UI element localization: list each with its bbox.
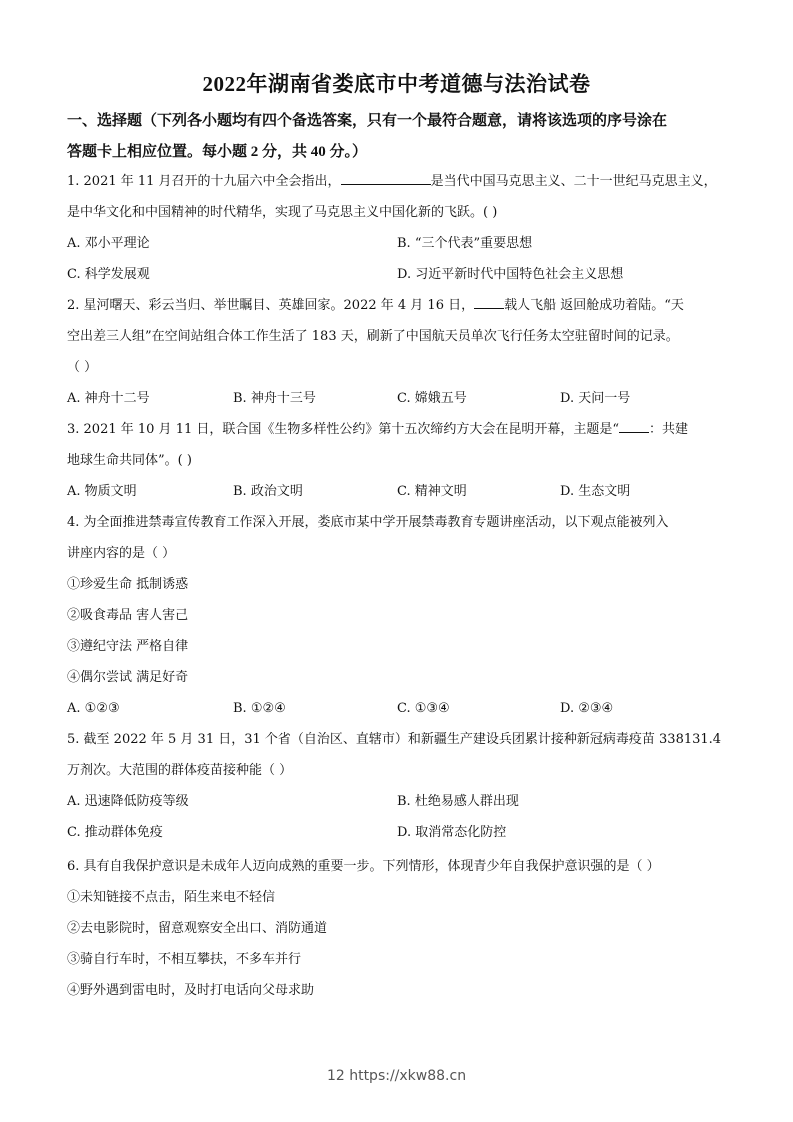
question-2-option-a: A. 神舟十二号 [67, 389, 150, 409]
question-2-option-d: D. 天问一号 [560, 389, 630, 409]
question-4-stem-line2: 讲座内容的是（ ） [67, 544, 737, 564]
question-3-stem-part-b: ：共建 [649, 422, 688, 437]
question-1-option-d: D. 习近平新时代中国特色社会主义思想 [397, 265, 623, 285]
question-1-option-b: B. “三个代表”重要思想 [397, 234, 532, 254]
question-2-stem-line2: 空出差三人组”在空间站组合体工作生活了 183 天，刷新了中国航天员单次飞行任务… [67, 327, 737, 347]
question-1-stem-line1: 1. 2021 年 11 月召开的十九届六中全会指出，是当代中国马克思主义、二十… [67, 172, 737, 192]
page-footer: 12 https://xkw88.cn [0, 1068, 793, 1084]
question-4-stem-line1: 4. 为全面推进禁毒宣传教育工作深入开展，娄底市某中学开展禁毒教育专题讲座活动，… [67, 513, 737, 533]
question-4-statement-1: ①珍爱生命 抵制诱惑 [67, 575, 737, 595]
question-2-stem-part-b: 载人飞船 返回舱成功着陆。“天 [504, 298, 684, 313]
question-1-stem-part-b: 是当代中国马克思主义、二十一世纪马克思主义， [431, 174, 717, 189]
question-3-stem-line2: 地球生命共同体”。( ) [67, 451, 737, 471]
question-2-stem-line3: （ ） [67, 358, 737, 378]
question-3-option-a: A. 物质文明 [67, 482, 137, 502]
question-3-stem-line1: 3. 2021 年 10 月 11 日，联合国《生物多样性公约》第十五次缔约方大… [67, 420, 737, 440]
page-title: 2022年湖南省娄底市中考道德与法治试卷 [0, 68, 793, 98]
question-4-option-d: D. ②③④ [560, 699, 613, 719]
question-4-statement-3: ③遵纪守法 严格自律 [67, 637, 737, 657]
question-3-option-b: B. 政治文明 [233, 482, 303, 502]
question-6-stem-line1: 6. 具有自我保护意识是未成年人迈向成熟的重要一步。下列情形，体现青少年自我保护… [67, 857, 737, 877]
question-5-option-c: C. 推动群体免疫 [67, 823, 163, 843]
question-1-option-a: A. 邓小平理论 [67, 234, 150, 254]
question-6-statement-4: ④野外遇到雷电时，及时打电话向父母求助 [67, 981, 737, 1001]
question-2-option-b: B. 神舟十三号 [233, 389, 316, 409]
question-4-statement-4: ④偶尔尝试 满足好奇 [67, 668, 737, 688]
question-6-statement-3: ③骑自行车时，不相互攀扶，不多车并行 [67, 950, 737, 970]
answer-blank [341, 172, 431, 185]
question-1-stem-line2: 是中华文化和中国精神的时代精华，实现了马克思主义中国化新的飞跃。( ) [67, 203, 737, 223]
question-4-statement-2: ②吸食毒品 害人害己 [67, 606, 737, 626]
question-1-option-c: C. 科学发展观 [67, 265, 150, 285]
section-heading-line1: 一、选择题（下列各小题均有四个备选答案，只有一个最符合题意，请将该选项的序号涂在 [67, 106, 737, 137]
question-3-option-d: D. 生态文明 [560, 482, 630, 502]
answer-blank [619, 420, 649, 433]
question-2-option-c: C. 嫦娥五号 [397, 389, 467, 409]
question-5-option-a: A. 迅速降低防疫等级 [67, 792, 189, 812]
question-3-option-c: C. 精神文明 [397, 482, 467, 502]
question-5-stem-line2: 万剂次。大范围的群体疫苗接种能（ ） [67, 761, 737, 781]
question-4-option-b: B. ①②④ [233, 699, 286, 719]
question-1-stem-part-a: 1. 2021 年 11 月召开的十九届六中全会指出， [67, 174, 341, 189]
question-5-option-b: B. 杜绝易感人群出现 [397, 792, 519, 812]
question-6-statement-2: ②去电影院时，留意观察安全出口、消防通道 [67, 919, 737, 939]
section-heading-line2: 答题卡上相应位置。每小题 2 分，共 40 分。） [67, 137, 737, 168]
question-5-option-d: D. 取消常态化防控 [397, 823, 506, 843]
question-4-option-c: C. ①③④ [397, 699, 450, 719]
question-2-stem-part-a: 2. 星河曙天、彩云当归、举世瞩目、英雄回家。2022 年 4 月 16 日， [67, 298, 474, 313]
answer-blank [474, 296, 504, 309]
question-4-option-a: A. ①②③ [67, 699, 120, 719]
exam-page: 2022年湖南省娄底市中考道德与法治试卷 一、选择题（下列各小题均有四个备选答案… [0, 0, 793, 1122]
question-2-stem-line1: 2. 星河曙天、彩云当归、举世瞩目、英雄回家。2022 年 4 月 16 日，载… [67, 296, 737, 316]
question-6-statement-1: ①未知链接不点击，陌生来电不轻信 [67, 888, 737, 908]
question-3-stem-part-a: 3. 2021 年 10 月 11 日，联合国《生物多样性公约》第十五次缔约方大… [67, 422, 619, 437]
question-5-stem-line1: 5. 截至 2022 年 5 月 31 日，31 个省（自治区、直辖市）和新疆生… [67, 730, 737, 750]
